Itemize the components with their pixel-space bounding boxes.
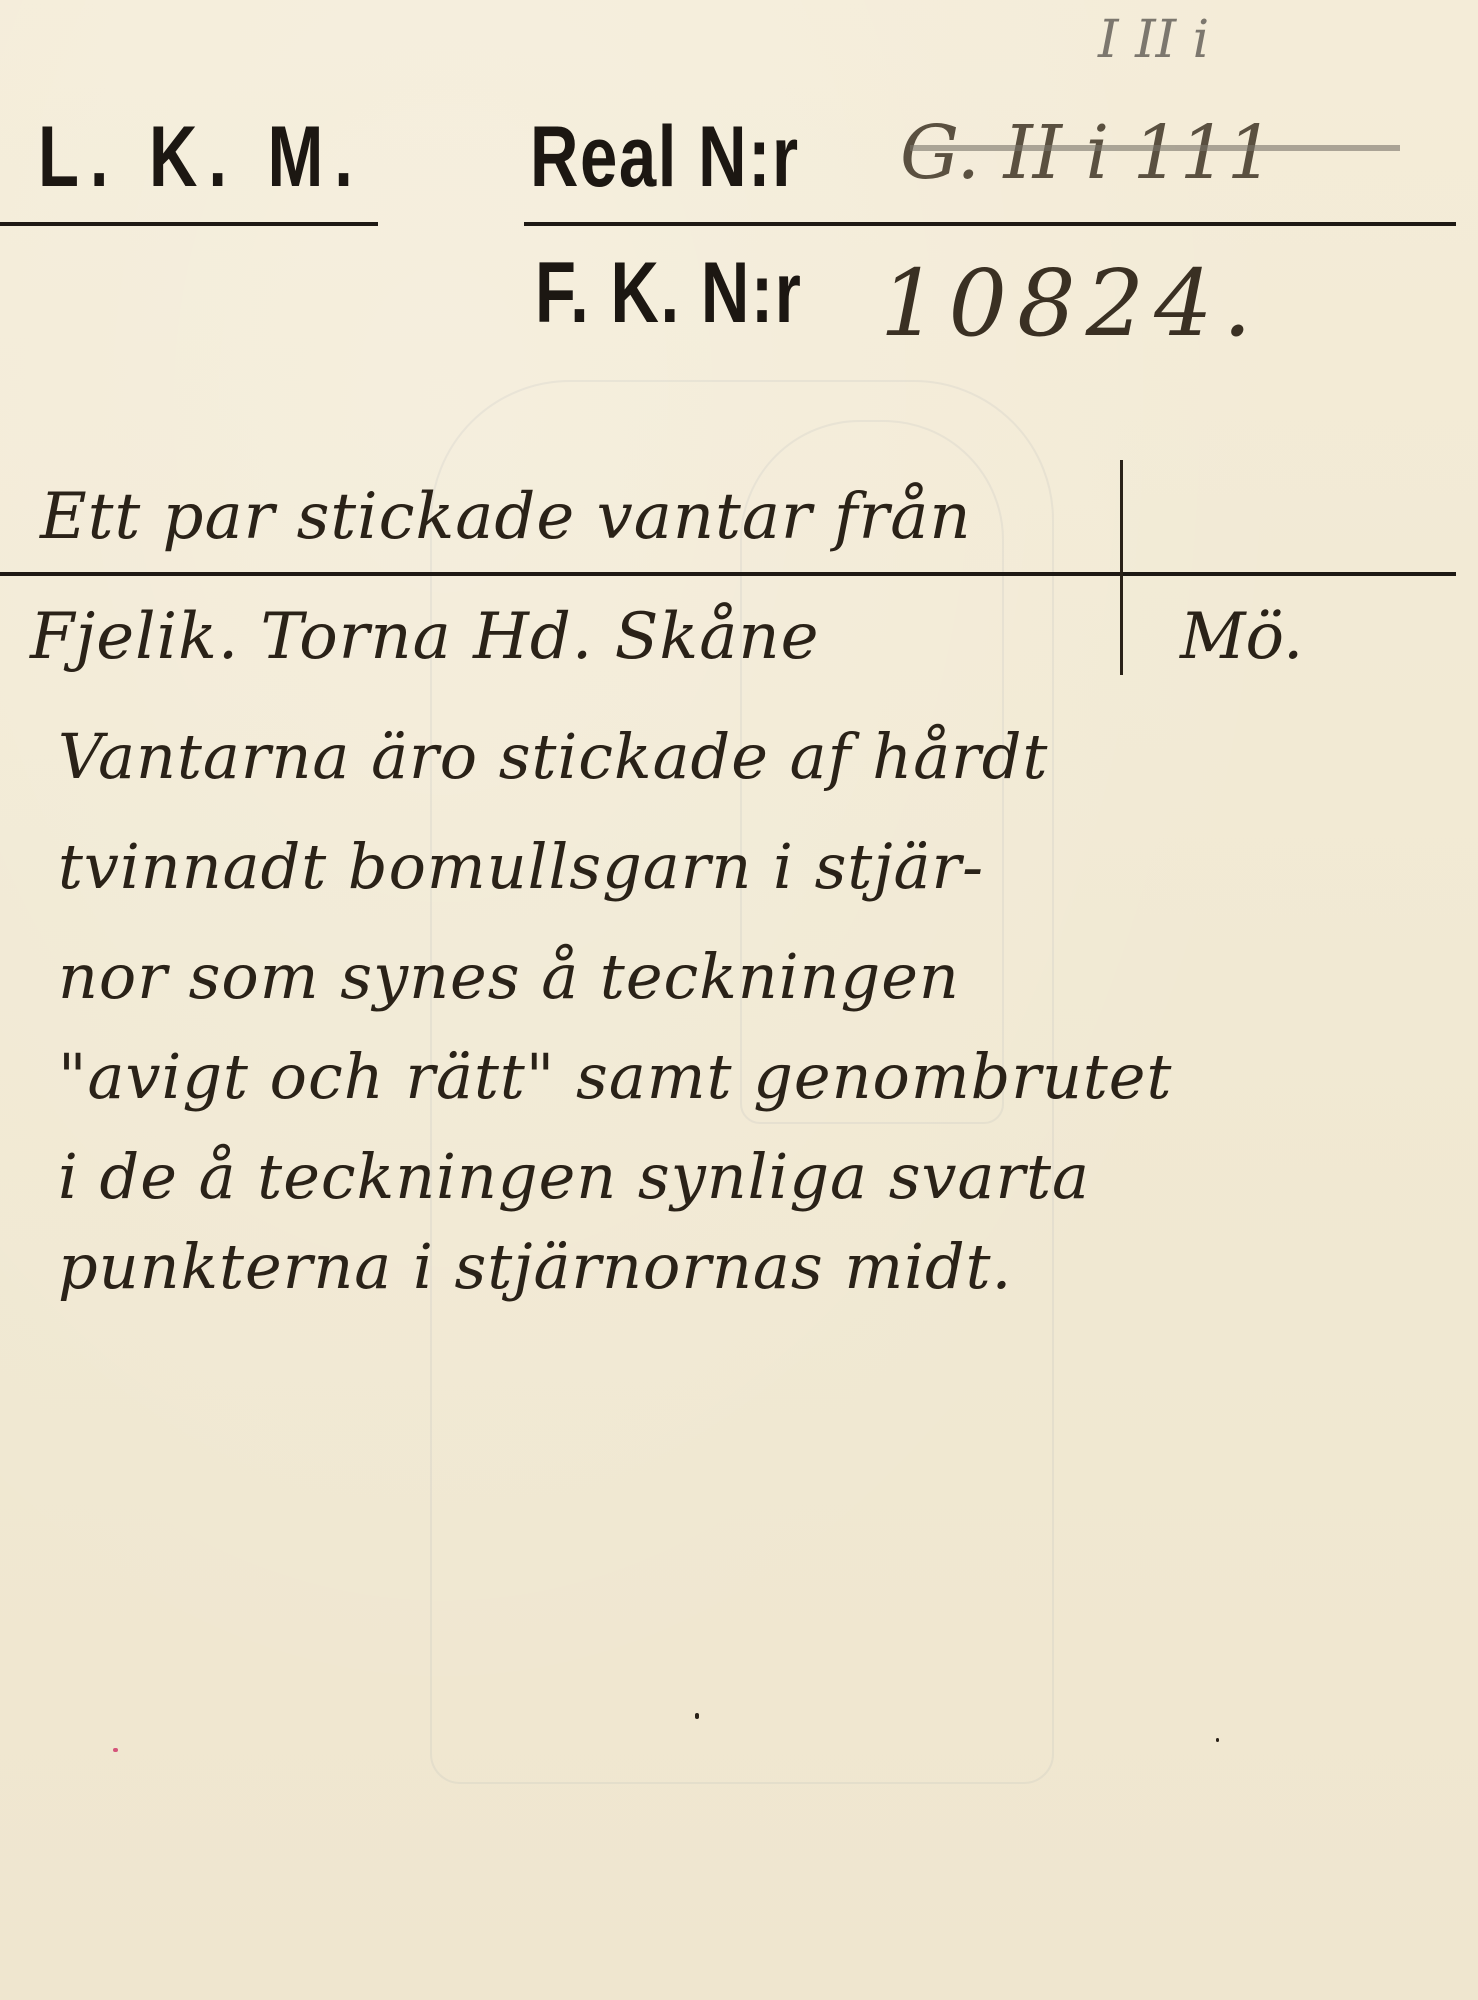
real-number-value: G. II i 111 — [900, 110, 1274, 196]
catalog-card: L. K. M. Real N:r I II i G. II i 111 F. … — [0, 0, 1478, 2000]
description-line: "avigt och rätt" samt genombrutet — [58, 1040, 1172, 1113]
description-line: i de å teckningen synliga svarta — [58, 1140, 1090, 1213]
fk-number-value: 10824. — [880, 250, 1262, 357]
description-line: tvinnadt bomullsgarn i stjär- — [58, 830, 984, 903]
object-title-line-1: Ett par stickade vantar från — [40, 480, 972, 554]
institution-underline — [0, 222, 378, 226]
real-number-underline — [524, 222, 1456, 226]
description-line: Vantarna äro stickade af hårdt — [58, 720, 1048, 793]
margin-note: Mö. — [1180, 600, 1303, 674]
fk-number-label: F. K. N:r — [535, 244, 802, 343]
real-number-correction: I II i — [1098, 10, 1209, 70]
object-title-line-2: Fjelik. Torna Hd. Skåne — [30, 600, 819, 674]
description-line: nor som synes å teckningen — [58, 940, 960, 1013]
title-underline — [0, 572, 1456, 576]
ink-speck-pink — [113, 1748, 118, 1752]
margin-divider-stroke — [1120, 460, 1123, 675]
institution-label: L. K. M. — [38, 108, 364, 207]
ink-speck — [1216, 1738, 1219, 1742]
description-line: punkterna i stjärnornas midt. — [58, 1230, 1012, 1303]
real-number-strikethrough — [910, 145, 1400, 151]
real-number-label: Real N:r — [530, 108, 800, 207]
ink-speck — [695, 1713, 699, 1719]
